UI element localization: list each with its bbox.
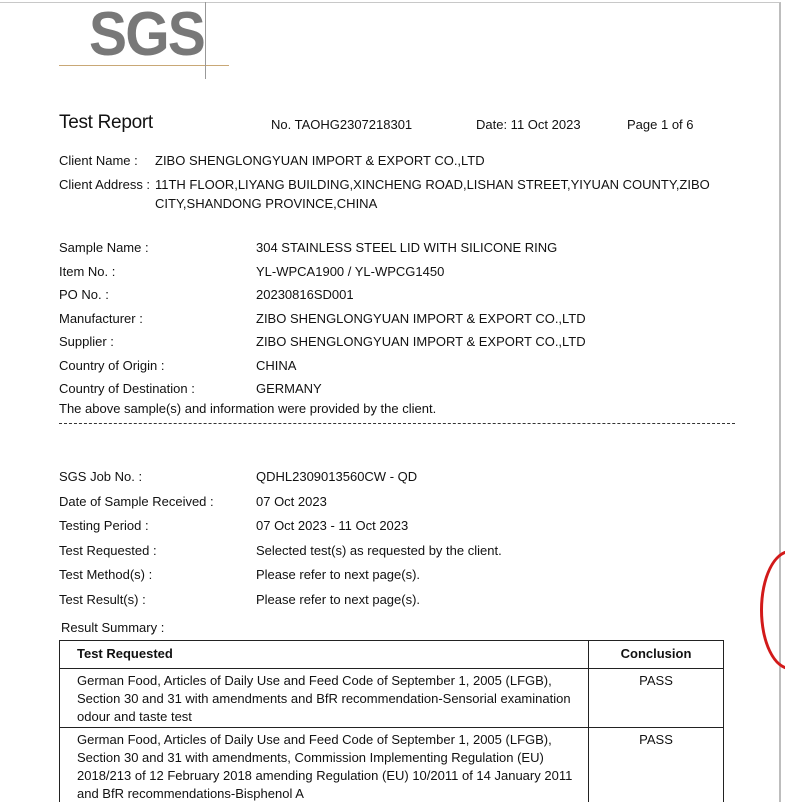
- sample-field-value: ZIBO SHENGLONGYUAN IMPORT & EXPORT CO.,L…: [256, 334, 586, 349]
- sample-field-value: 20230816SD001: [256, 287, 354, 302]
- sample-field-label: Item No. :: [59, 264, 115, 279]
- logo-rule: [59, 65, 229, 66]
- page-number: Page 1 of 6: [627, 117, 694, 132]
- sample-field-value: GERMANY: [256, 381, 322, 396]
- dashed-divider: [59, 423, 735, 425]
- job-field-value: Please refer to next page(s).: [256, 592, 420, 607]
- result-summary-label: Result Summary :: [61, 620, 164, 635]
- client-name-value: ZIBO SHENGLONGYUAN IMPORT & EXPORT CO.,L…: [155, 153, 485, 168]
- sample-field-label: Sample Name :: [59, 240, 149, 255]
- client-name-label: Client Name :: [59, 153, 138, 168]
- sgs-logo: SGS: [89, 4, 204, 66]
- col-test-requested: Test Requested: [60, 641, 589, 669]
- job-field-value: 07 Oct 2023: [256, 494, 327, 509]
- table-row: German Food, Articles of Daily Use and F…: [60, 728, 724, 802]
- sample-field-value: 304 STAINLESS STEEL LID WITH SILICONE RI…: [256, 240, 557, 255]
- sample-field-label: Supplier :: [59, 334, 114, 349]
- job-field-label: Test Method(s) :: [59, 567, 152, 582]
- test-requested-cell: German Food, Articles of Daily Use and F…: [60, 669, 589, 728]
- job-field-value: QDHL2309013560CW - QD: [256, 469, 417, 484]
- client-address-line1: 11TH FLOOR,LIYANG BUILDING,XINCHENG ROAD…: [155, 177, 710, 192]
- client-address-label: Client Address :: [59, 177, 150, 192]
- job-field-label: Test Result(s) :: [59, 592, 146, 607]
- job-field-label: Test Requested :: [59, 543, 157, 558]
- conclusion-cell: PASS: [589, 728, 724, 802]
- provided-note-text: The above sample(s) and information were…: [59, 401, 436, 416]
- sample-field-value: YL-WPCA1900 / YL-WPCG1450: [256, 264, 444, 279]
- col-conclusion: Conclusion: [589, 641, 724, 669]
- conclusion-cell: PASS: [589, 669, 724, 728]
- job-field-value: Please refer to next page(s).: [256, 567, 420, 582]
- sample-field-label: Manufacturer :: [59, 311, 143, 326]
- sample-field-label: PO No. :: [59, 287, 109, 302]
- client-address-line2: CITY,SHANDONG PROVINCE,CHINA: [155, 196, 377, 211]
- table-row: German Food, Articles of Daily Use and F…: [60, 669, 724, 728]
- report-title: Test Report: [59, 112, 153, 134]
- sample-field-label: Country of Origin :: [59, 358, 165, 373]
- job-field-label: Testing Period :: [59, 518, 149, 533]
- sample-field-label: Country of Destination :: [59, 381, 195, 396]
- sample-field-value: ZIBO SHENGLONGYUAN IMPORT & EXPORT CO.,L…: [256, 311, 586, 326]
- job-field-value: Selected test(s) as requested by the cli…: [256, 543, 502, 558]
- job-field-label: SGS Job No. :: [59, 469, 142, 484]
- test-requested-cell: German Food, Articles of Daily Use and F…: [60, 728, 589, 802]
- table-header-row: Test Requested Conclusion: [60, 641, 724, 669]
- job-field-label: Date of Sample Received :: [59, 494, 214, 509]
- job-field-value: 07 Oct 2023 - 11 Oct 2023: [256, 518, 408, 533]
- logo-rule-vertical: [205, 2, 206, 79]
- result-summary-table: Test Requested Conclusion German Food, A…: [59, 640, 724, 802]
- report-number: No. TAOHG2307218301: [271, 117, 412, 132]
- sample-field-value: CHINA: [256, 358, 296, 373]
- report-date: Date: 11 Oct 2023: [476, 117, 581, 132]
